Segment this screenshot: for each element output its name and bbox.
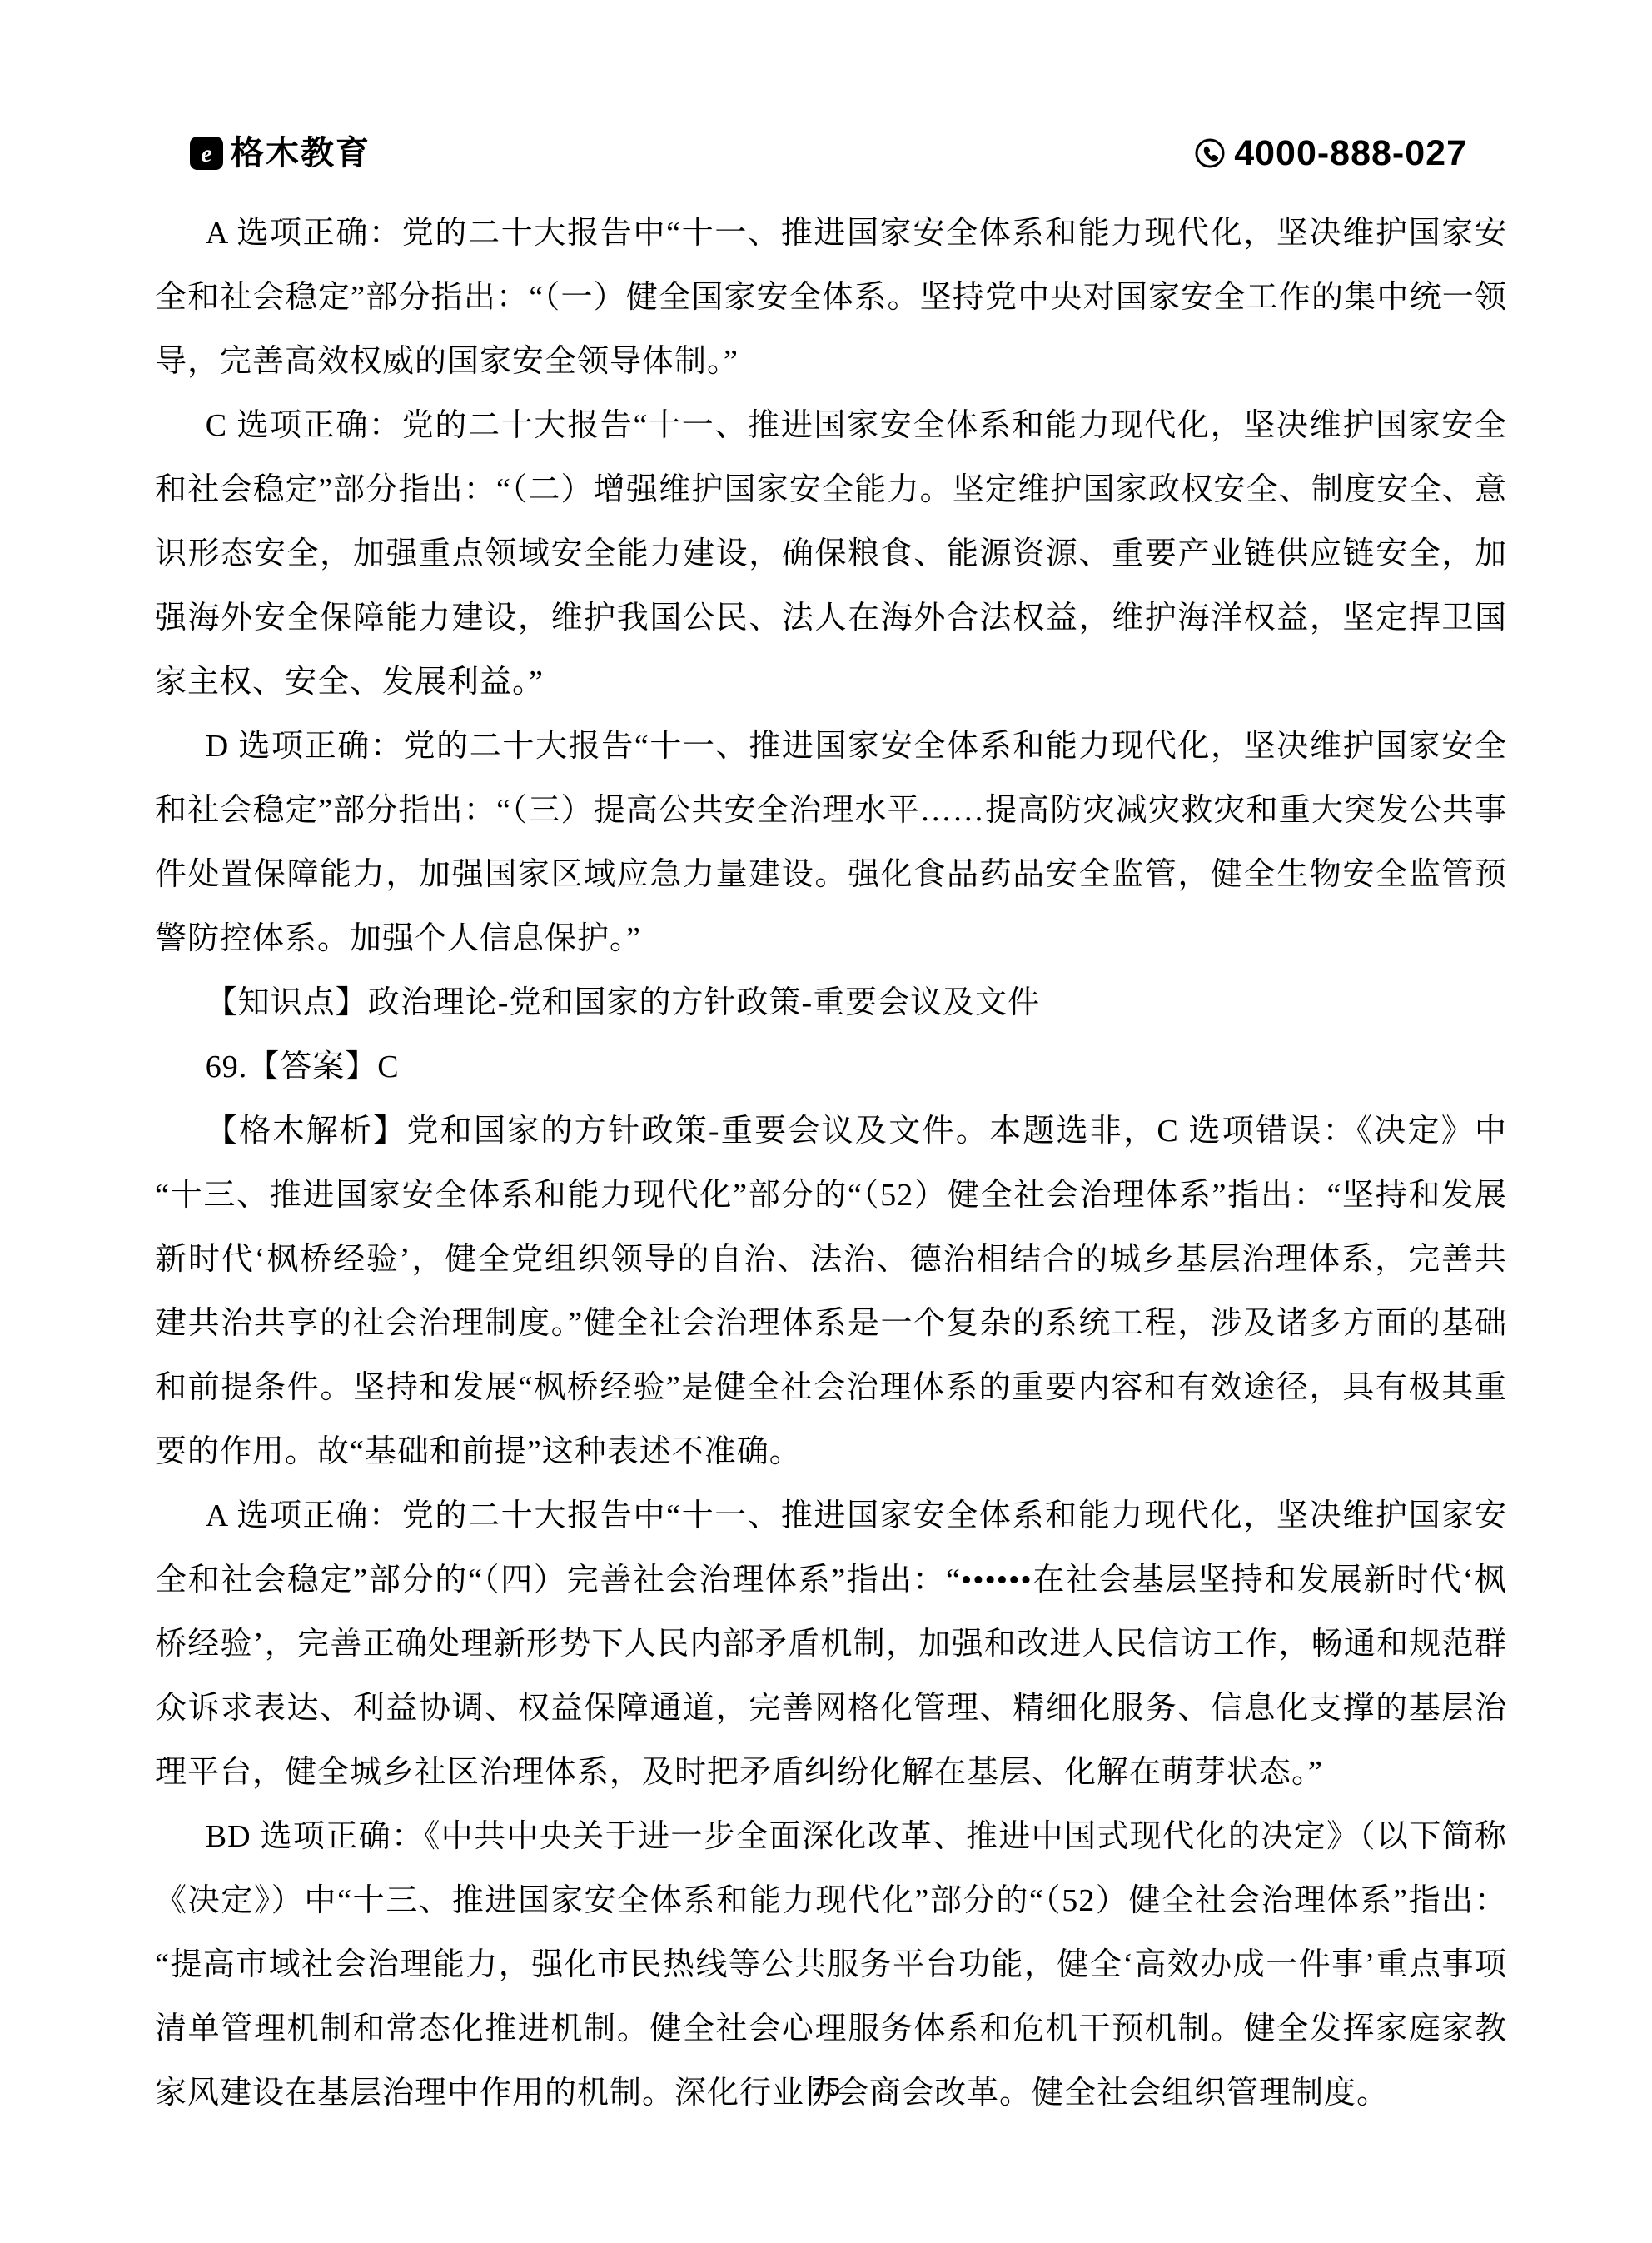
phone-contact: 4000-888-027 bbox=[1194, 136, 1467, 172]
answer-line-question-69: 69.【答案】C bbox=[155, 1035, 1507, 1099]
paragraph-option-a-explanation: A 选项正确：党的二十大报告中“十一、推进国家安全体系和能力现代化，坚决维护国家… bbox=[155, 202, 1507, 394]
paragraph-gemu-analysis: 【格木解析】党和国家的方针政策-重要会议及文件。本题选非，C 选项错误：《决定》… bbox=[155, 1099, 1507, 1484]
paragraph-option-c-explanation: C 选项正确：党的二十大报告“十一、推进国家安全体系和能力现代化，坚决维护国家安… bbox=[155, 394, 1507, 715]
answer-explanations: A 选项正确：党的二十大报告中“十一、推进国家安全体系和能力现代化，坚决维护国家… bbox=[155, 202, 1507, 2126]
phone-number: 4000-888-027 bbox=[1234, 136, 1467, 172]
svg-text:e: e bbox=[201, 140, 211, 167]
paragraph-option-a-explanation-2: A 选项正确：党的二十大报告中“十一、推进国家安全体系和能力现代化，坚决维护国家… bbox=[155, 1484, 1507, 1805]
knowledge-point-line: 【知识点】政治理论-党和国家的方针政策-重要会议及文件 bbox=[155, 971, 1507, 1035]
page-header: e 格木教育 4000-888-027 bbox=[190, 132, 1467, 175]
brand-name: 格木教育 bbox=[231, 137, 371, 170]
document-page: e 格木教育 4000-888-027 A 选项正确：党的二十大报告中“十一、推… bbox=[0, 0, 1652, 2243]
brand: e 格木教育 bbox=[190, 137, 371, 170]
paragraph-option-d-explanation: D 选项正确：党的二十大报告“十一、推进国家安全体系和能力现代化，坚决维护国家安… bbox=[155, 715, 1507, 971]
page-number: 75 bbox=[812, 2072, 840, 2101]
gemu-logo-icon: e bbox=[190, 137, 223, 170]
page-footer: 75 bbox=[0, 2074, 1652, 2100]
phone-icon bbox=[1194, 137, 1226, 169]
